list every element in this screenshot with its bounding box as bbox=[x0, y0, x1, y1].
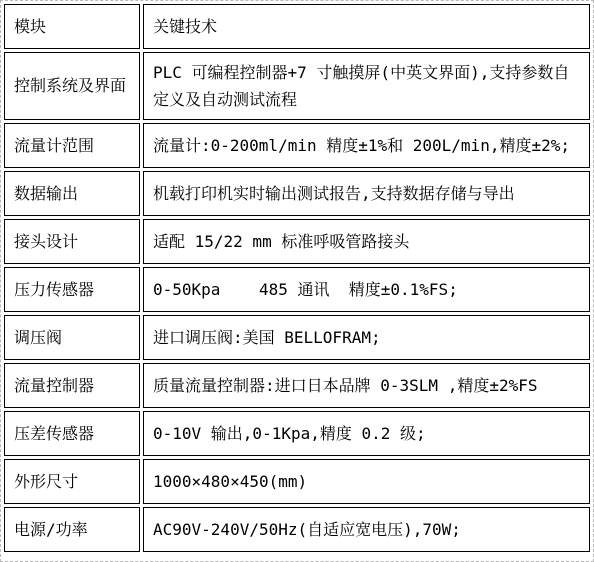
module-cell: 控制系统及界面 bbox=[4, 52, 140, 120]
module-cell: 电源/功率 bbox=[4, 507, 140, 552]
tech-cell: 适配 15/22 mm 标准呼吸管路接头 bbox=[143, 219, 590, 264]
module-cell: 接头设计 bbox=[4, 219, 140, 264]
table-row: 压力传感器 0-50Kpa 485 通讯 精度±0.1%FS; bbox=[4, 267, 590, 312]
table-row: 流量计范围 流量计:0-200ml/min 精度±1%和 200L/min,精度… bbox=[4, 123, 590, 168]
header-row: 模块 关键技术 bbox=[4, 4, 590, 49]
table-row: 控制系统及界面 PLC 可编程控制器+7 寸触摸屏(中英文界面),支持参数自定义… bbox=[4, 52, 590, 120]
spec-table: 模块 关键技术 控制系统及界面 PLC 可编程控制器+7 寸触摸屏(中英文界面)… bbox=[1, 1, 593, 555]
tech-cell: 0-50Kpa 485 通讯 精度±0.1%FS; bbox=[143, 267, 590, 312]
module-cell: 外形尺寸 bbox=[4, 459, 140, 504]
tech-cell: 1000×480×450(mm) bbox=[143, 459, 590, 504]
module-cell: 压差传感器 bbox=[4, 411, 140, 456]
module-cell: 流量控制器 bbox=[4, 363, 140, 408]
module-cell: 调压阀 bbox=[4, 315, 140, 360]
tech-cell: 0-10V 输出,0-1Kpa,精度 0.2 级; bbox=[143, 411, 590, 456]
table-row: 数据输出 机载打印机实时输出测试报告,支持数据存储与导出 bbox=[4, 171, 590, 216]
table-row: 压差传感器 0-10V 输出,0-1Kpa,精度 0.2 级; bbox=[4, 411, 590, 456]
tech-cell: 流量计:0-200ml/min 精度±1%和 200L/min,精度±2%; bbox=[143, 123, 590, 168]
tech-cell: PLC 可编程控制器+7 寸触摸屏(中英文界面),支持参数自定义及自动测试流程 bbox=[143, 52, 590, 120]
table-row: 接头设计 适配 15/22 mm 标准呼吸管路接头 bbox=[4, 219, 590, 264]
module-cell: 压力传感器 bbox=[4, 267, 140, 312]
tech-cell: AC90V-240V/50Hz(自适应宽电压),70W; bbox=[143, 507, 590, 552]
tech-cell: 进口调压阀:美国 BELLOFRAM; bbox=[143, 315, 590, 360]
document-page: 模块 关键技术 控制系统及界面 PLC 可编程控制器+7 寸触摸屏(中英文界面)… bbox=[0, 0, 594, 562]
table-row: 电源/功率 AC90V-240V/50Hz(自适应宽电压),70W; bbox=[4, 507, 590, 552]
tech-cell: 质量流量控制器:进口日本品牌 0-3SLM ,精度±2%FS bbox=[143, 363, 590, 408]
tech-cell: 机载打印机实时输出测试报告,支持数据存储与导出 bbox=[143, 171, 590, 216]
module-cell: 流量计范围 bbox=[4, 123, 140, 168]
table-row: 流量控制器 质量流量控制器:进口日本品牌 0-3SLM ,精度±2%FS bbox=[4, 363, 590, 408]
table-row: 外形尺寸 1000×480×450(mm) bbox=[4, 459, 590, 504]
header-tech-cell: 关键技术 bbox=[143, 4, 590, 49]
module-cell: 数据输出 bbox=[4, 171, 140, 216]
table-row: 调压阀 进口调压阀:美国 BELLOFRAM; bbox=[4, 315, 590, 360]
header-module-cell: 模块 bbox=[4, 4, 140, 49]
